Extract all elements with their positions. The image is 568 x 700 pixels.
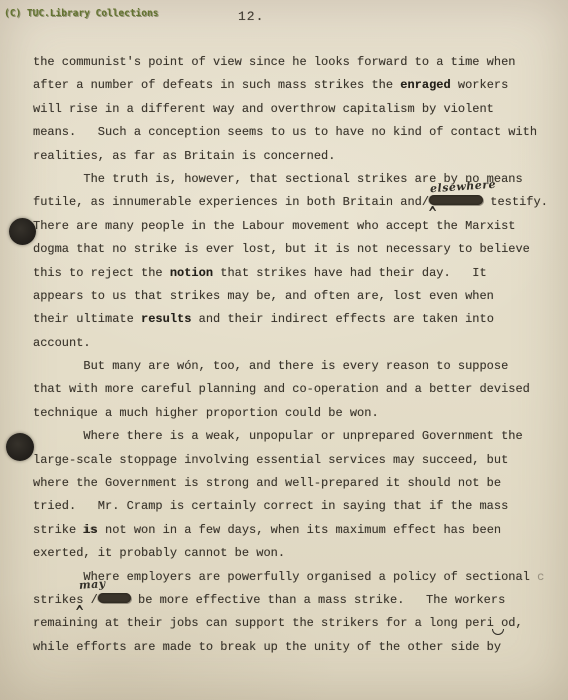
watermark: (C) TUC.Library Collections: [4, 8, 158, 19]
line-text: not won in a few days, when its maximum …: [98, 523, 501, 537]
text-line: account.: [33, 332, 553, 355]
bold-word: results: [141, 312, 191, 326]
text-line: where the Government is strong and well-…: [33, 472, 553, 495]
line-text: testify.: [483, 195, 548, 209]
text-line-correction: futile, as innumerable experiences in bo…: [33, 191, 553, 214]
line-text: futile, as innumerable experiences in bo…: [33, 195, 429, 209]
text-line: after a number of defeats in such mass s…: [33, 74, 553, 97]
text-line: But many are wón, too, and there is ever…: [33, 355, 553, 378]
text-line: strike is not won in a few days, when it…: [33, 519, 553, 542]
text-line: realities, as far as Britain is concerne…: [33, 145, 553, 168]
line-text: and their indirect effects are taken int…: [191, 312, 493, 326]
overtyped-word: is: [83, 523, 97, 537]
page-number: 12.: [238, 9, 264, 24]
tie-mark-icon: [492, 629, 504, 635]
line-text: be more effective than a mass strike. Th…: [131, 593, 505, 607]
text-line: remaining at their jobs can support the …: [33, 612, 553, 635]
text-line: means. Such a conception seems to us to …: [33, 121, 553, 144]
text-line: exerted, it probably cannot be won.: [33, 542, 553, 565]
text-line: dogma that no strike is ever lost, but i…: [33, 238, 553, 261]
text-line: tried. Mr. Cramp is certainly correct in…: [33, 495, 553, 518]
hole-punch-icon: [9, 218, 36, 245]
stray-character: c: [537, 570, 544, 584]
document-text: the communist's point of view since he l…: [33, 51, 553, 659]
text-line: while efforts are made to break up the u…: [33, 636, 553, 659]
line-text: strike: [33, 523, 83, 537]
text-line: this to reject the notion that strikes h…: [33, 262, 553, 285]
text-line-correction: strikes / be more effective than a mass …: [33, 589, 553, 612]
document-scan: (C) TUC.Library Collections 12. the comm…: [0, 0, 568, 700]
line-text: after a number of defeats in such mass s…: [33, 78, 400, 92]
bold-word: enraged: [400, 78, 450, 92]
text-line: their ultimate results and their indirec…: [33, 308, 553, 331]
text-line: that with more careful planning and co-o…: [33, 378, 553, 401]
line-text: this to reject the: [33, 266, 170, 280]
text-line: Where there is a weak, unpopular or unpr…: [33, 425, 553, 448]
text-line: Where employers are powerfully organised…: [33, 566, 553, 589]
hole-punch-icon: [6, 433, 34, 461]
line-text: Where employers are powerfully organised…: [33, 570, 537, 584]
bold-word: notion: [170, 266, 213, 280]
line-text: that strikes have had their day. It: [213, 266, 487, 280]
text-line: large-scale stoppage involving essential…: [33, 449, 553, 472]
text-line: the communist's point of view since he l…: [33, 51, 553, 74]
text-line: appears to us that strikes may be, and o…: [33, 285, 553, 308]
line-text: workers: [451, 78, 509, 92]
line-text: their ultimate: [33, 312, 141, 326]
text-line: will rise in a different way and overthr…: [33, 98, 553, 121]
line-text: remaining at their jobs can support the …: [33, 616, 523, 630]
text-line: technique a much higher proportion could…: [33, 402, 553, 425]
text-line: There are many people in the Labour move…: [33, 215, 553, 238]
